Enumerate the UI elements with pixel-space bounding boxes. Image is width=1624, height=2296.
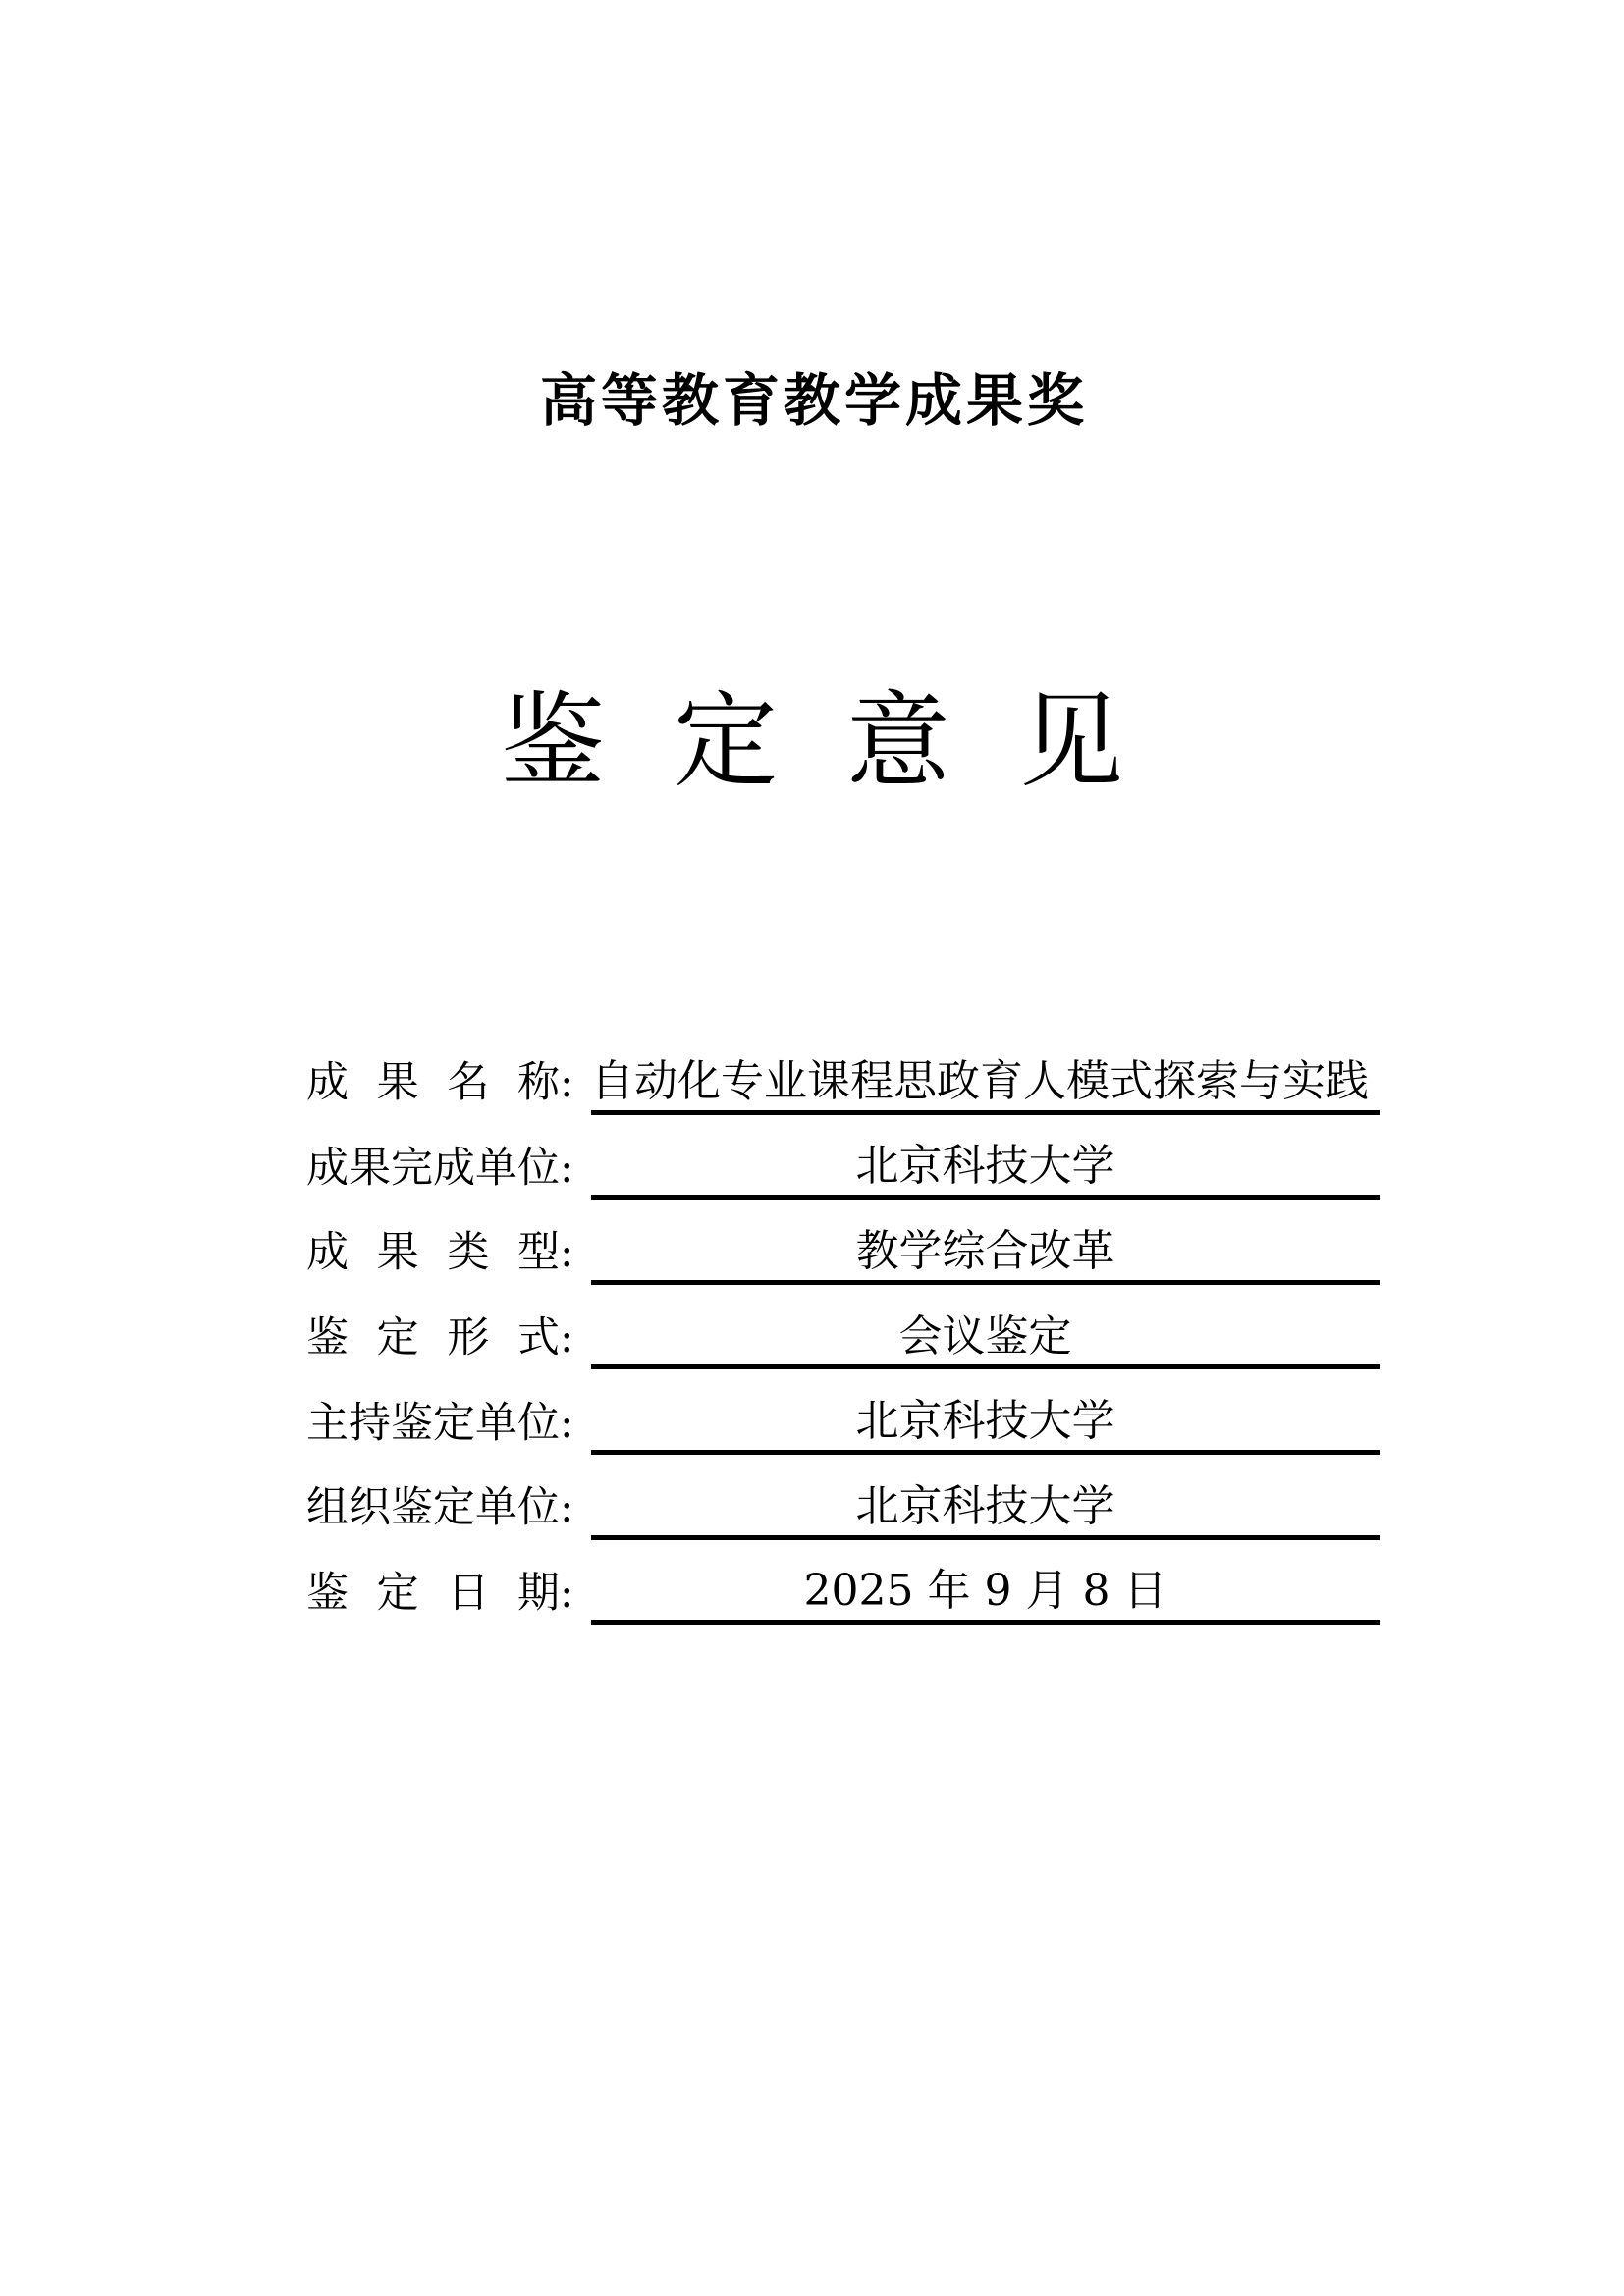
- form-row-presiding-unit: 主持鉴定单位 : 北京科技大学: [306, 1369, 1380, 1455]
- document-header: 高等教育教学成果奖: [0, 372, 1624, 432]
- field-value-achievement-name: 自动化专业课程思政育人模式探索与实践: [591, 1056, 1380, 1115]
- field-value-appraisal-format: 会议鉴定: [591, 1311, 1380, 1370]
- appraisal-form: 成果名称 : 自动化专业课程思政育人模式探索与实践 成果完成单位 : 北京科技大…: [306, 1030, 1380, 1625]
- form-row-completing-unit: 成果完成单位 : 北京科技大学: [306, 1115, 1380, 1201]
- field-label: 组织鉴定单位 :: [306, 1484, 579, 1539]
- field-label: 主持鉴定单位 :: [306, 1400, 579, 1455]
- document-page: 高等教育教学成果奖 鉴定意见 成果名称 : 自动化专业课程思政育人模式探索与实践…: [0, 0, 1624, 2296]
- field-label-colon: :: [560, 1570, 579, 1618]
- field-label: 成果类型 :: [306, 1229, 579, 1284]
- form-row-appraisal-format: 鉴定形式 : 会议鉴定: [306, 1285, 1380, 1370]
- field-value-presiding-unit: 北京科技大学: [591, 1396, 1380, 1455]
- field-label-colon: :: [560, 1484, 579, 1532]
- field-label-text: 成果完成单位: [306, 1145, 560, 1193]
- field-label: 鉴定日期 :: [306, 1570, 579, 1625]
- field-label-colon: :: [560, 1400, 579, 1448]
- field-value-organizing-unit: 北京科技大学: [591, 1481, 1380, 1540]
- field-label: 成果名称 :: [306, 1059, 579, 1114]
- field-label: 成果完成单位 :: [306, 1145, 579, 1200]
- form-row-organizing-unit: 组织鉴定单位 : 北京科技大学: [306, 1455, 1380, 1540]
- field-label-colon: :: [560, 1314, 579, 1362]
- form-row-achievement-type: 成果类型 : 教学综合改革: [306, 1200, 1380, 1285]
- form-row-appraisal-date: 鉴定日期 : 2025 年 9 月 8 日: [306, 1540, 1380, 1626]
- field-label-text: 鉴定日期: [306, 1570, 560, 1618]
- field-value-appraisal-date: 2025 年 9 月 8 日: [591, 1566, 1380, 1625]
- field-label-text: 组织鉴定单位: [306, 1484, 560, 1532]
- field-label-text: 鉴定形式: [306, 1314, 560, 1362]
- field-label-text: 成果名称: [306, 1059, 560, 1107]
- field-value-completing-unit: 北京科技大学: [591, 1141, 1380, 1200]
- form-row-achievement-name: 成果名称 : 自动化专业课程思政育人模式探索与实践: [306, 1030, 1380, 1115]
- field-label: 鉴定形式 :: [306, 1314, 579, 1369]
- field-label-colon: :: [560, 1059, 579, 1107]
- field-label-colon: :: [560, 1145, 579, 1193]
- field-label-colon: :: [560, 1229, 579, 1277]
- field-label-text: 成果类型: [306, 1229, 560, 1277]
- page-title: 鉴定意见: [0, 686, 1624, 801]
- field-value-achievement-type: 教学综合改革: [591, 1226, 1380, 1285]
- field-label-text: 主持鉴定单位: [306, 1400, 560, 1448]
